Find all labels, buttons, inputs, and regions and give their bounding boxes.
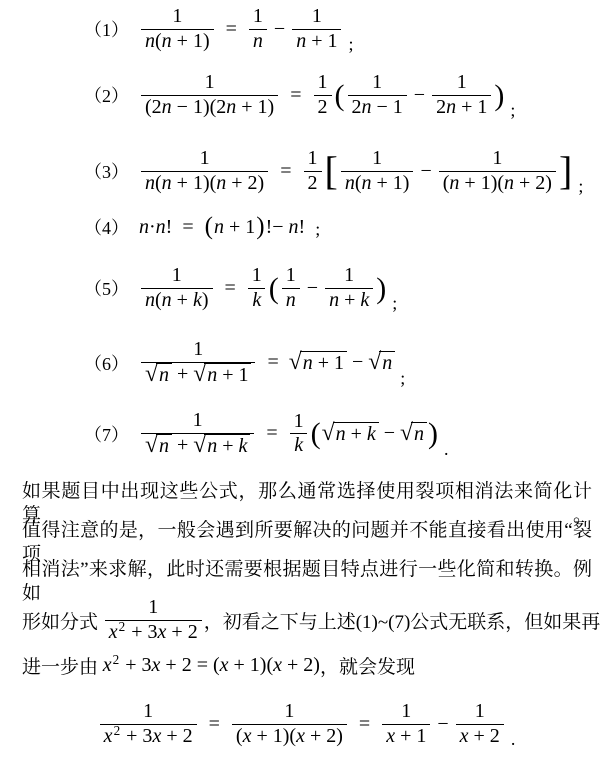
math-variable: n [362,96,372,120]
formula-5-math: 1n(n + k) = 1k(1n − 1n + k); [139,264,397,312]
math-text: + 2) [514,172,552,196]
fraction: 1x2 + 3x + 2 [105,596,202,644]
math-variable: k [252,289,261,313]
math-variable: n [303,352,313,375]
math-text: ( [443,172,450,196]
math-variable: n [289,216,299,239]
math-text: 1 [193,409,203,433]
math-text: + [172,289,193,313]
final-formula-math: 1x2 + 3x + 2 = 1(x + 1)(x + 2) = 1x + 1 … [98,700,516,748]
denominator: (2n − 1)(2n + 1) [141,95,278,120]
math-text: 2 [308,172,318,196]
math-text: = [215,277,246,300]
numerator: 1 [201,71,219,95]
formula-4-math: n·n! = (n + 1)!− n! ; [139,216,320,239]
math-text: ( [155,172,162,196]
big-delimiter: ) [256,216,264,239]
math-text: 1 [253,5,263,29]
math-text: + 1 [306,30,337,54]
math-text: 1 [143,700,153,724]
paragraph-line-4: 形如分式 1x2 + 3x + 2 ，初看之下与上述(1)~(7)公式无联系，但… [22,596,600,644]
denominator: 2n − 1 [348,95,407,120]
math-variable: n [253,30,263,54]
math-text: 1 [172,264,182,288]
math-text: + 1 [217,364,248,388]
math-text: + 1)( [229,654,274,677]
numerator: 1 [368,71,386,95]
formula-4: （4） n·n! = (n + 1)!− n! ; [84,214,320,240]
line5-inline-math: x2 + 3x + 2 = (x + 1)(x + 2) [103,654,320,677]
fraction: 1k [290,410,308,458]
math-text: 1 [318,71,328,95]
superscript: 2 [114,723,121,739]
fraction: 1(2n − 1)(2n + 1) [141,71,278,119]
math-text: + [217,435,238,459]
numerator: 1 [453,71,471,95]
formula-3: （3） 1n(n + 1)(n + 2) = 12[1n(n + 1) − 1(… [84,147,583,195]
punctuation: . [511,729,516,750]
math-text: − [415,160,436,183]
radicand: n + k [204,434,250,459]
numerator: 1 [189,338,207,362]
math-variable: n [162,96,172,120]
math-variable: n [159,435,169,459]
math-text: − [269,18,290,41]
math-text: + 1 [313,352,344,375]
big-delimiter: ( [311,420,321,447]
math-variable: n [449,172,459,196]
math-text: (2 [145,96,162,120]
radicand: n + k [333,422,379,446]
math-text: ( [236,725,243,749]
math-text: = [349,713,380,736]
math-text: 1 [252,264,262,288]
math-variable: x [386,725,395,749]
math-variable: n [446,96,456,120]
math-text: 1 [401,700,411,724]
numerator: 1 [139,700,157,724]
fraction: 1n + 1 [292,5,341,53]
math-variable: n [145,289,155,313]
fraction: 12n − 1 [348,71,407,119]
punctuation: ; [510,100,515,121]
math-variable: x [103,654,112,677]
math-text: + 2 [161,725,192,749]
math-variable: x [158,621,167,645]
square-root: √n [400,422,427,446]
math-variable: n [216,172,226,196]
denominator: x2 + 3x + 2 [105,620,202,645]
math-variable: x [109,621,118,645]
math-variable: k [193,289,202,313]
math-text: 1 [193,338,203,362]
radicand: n [411,422,427,446]
math-text: · [149,216,156,239]
formula-6: （6） 1√n + √n + 1 = √n + 1 − √n; [84,338,405,387]
denominator: (n + 1)(n + 2) [439,171,556,196]
math-text: ( [355,172,362,196]
math-text: − [347,351,368,374]
square-root: √n + 1 [289,351,347,375]
radicand: n [156,363,172,388]
math-variable: k [238,435,247,459]
formula-7-label: （7） [84,421,129,447]
formula-5: （5） 1n(n + k) = 1k(1n − 1n + k); [84,264,397,312]
math-variable: k [294,434,303,458]
numerator: 1 [168,264,186,288]
denominator: 2 [304,171,322,196]
math-variable: n [336,423,346,446]
math-text: 1 [294,410,304,434]
math-text: ) [202,289,209,313]
math-text: + 1 [224,216,255,239]
math-text: 1 [200,147,210,171]
math-text: + [339,289,360,313]
fraction: 1k [248,264,266,312]
numerator: 1 [189,409,207,433]
big-delimiter: ) [494,82,504,109]
numerator: 1 [248,264,266,288]
math-variable: n [414,423,424,446]
denominator: n(n + k) [141,288,213,313]
numerator: 1 [282,264,300,288]
math-variable: k [360,289,369,313]
formula-6-label: （6） [84,350,129,376]
math-variable: x [273,654,282,677]
fraction: 12 [314,71,332,119]
denominator: x2 + 3x + 2 [100,724,197,749]
final-formula-row: 1x2 + 3x + 2 = 1(x + 1)(x + 2) = 1x + 1 … [0,700,613,748]
formula-7-math: 1√n + √n + k = 1k(√n + k − √n). [139,409,449,458]
math-text: ! = [166,216,204,239]
math-text: 1 [312,5,322,29]
denominator: n [249,29,267,54]
math-text: 1 [148,596,158,620]
fraction: 1n(n + k) [141,264,213,312]
numerator: 1 [340,264,358,288]
math-text: + 2 [166,621,197,645]
formula-1-label: （1） [84,16,129,42]
denominator: n [282,288,300,313]
math-text: ! [299,216,311,239]
numerator: 1 [314,71,332,95]
big-delimiter: ( [269,275,279,302]
math-variable: n [162,30,172,54]
math-variable: x [152,725,161,749]
math-variable: n [162,172,172,196]
math-text: + 2) [305,725,343,749]
math-text: + [346,423,367,446]
math-text: + 2 = ( [160,654,219,677]
math-variable: x [460,725,469,749]
math-variable: n [207,435,217,459]
math-text: + 1) [236,96,274,120]
math-text: 1 [308,147,318,171]
denominator: n(n + 1) [141,29,214,54]
denominator: 2 [314,95,332,120]
math-text: + 1 [395,725,426,749]
denominator: n + 1 [292,29,341,54]
math-text: 1 [205,71,215,95]
punctuation: . [444,439,449,460]
math-text: = [256,422,287,445]
math-text: − [302,277,323,300]
math-text: 1 [284,700,294,724]
formula-6-math: 1√n + √n + 1 = √n + 1 − √n; [139,338,405,387]
math-variable: n [207,364,217,388]
math-text: 1 [492,147,502,171]
big-delimiter: ) [376,275,386,302]
math-text: = [199,713,230,736]
math-text: = [270,160,301,183]
superscript: 2 [119,619,126,635]
line5-suffix-text: ，就会发现 [320,652,415,679]
fraction: 1x2 + 3x + 2 [100,700,197,748]
fraction: 1√n + √n + 1 [141,338,255,387]
fraction: 1n(n + 1)(n + 2) [141,147,268,195]
formula-4-label: （4） [84,214,129,240]
denominator: k [248,288,265,313]
math-variable: x [104,725,113,749]
denominator: x + 2 [456,724,504,749]
denominator: √n + √n + k [141,433,254,459]
denominator: √n + √n + 1 [141,362,255,388]
fraction: 1x + 1 [382,700,430,748]
fraction: 1√n + √n + k [141,409,254,458]
math-text: !− [266,216,289,239]
numerator: 1 [290,410,308,434]
punctuation: ; [400,368,405,389]
math-variable: k [367,423,376,446]
math-text: + 1)( [172,172,217,196]
math-variable: n [145,30,155,54]
math-text: ( [155,289,162,313]
fraction: 12n + 1 [432,71,491,119]
fraction: 1n [249,5,267,53]
punctuation: ; [392,293,397,314]
numerator: 1 [168,5,186,29]
math-variable: n [162,289,172,313]
numerator: 1 [280,700,298,724]
math-variable: x [296,725,305,749]
numerator: 1 [397,700,415,724]
math-text: + [172,434,193,458]
radicand: n [156,434,172,459]
math-text: + 3 [126,621,157,645]
math-text: + 1)( [459,172,504,196]
math-variable: n [345,172,355,196]
fraction: 1n(n + 1) [141,5,214,53]
math-text: 1 [475,700,485,724]
fraction: 1x + 2 [456,700,504,748]
math-variable: n [159,364,169,388]
math-text: + 2) [282,654,320,677]
math-text: + 2) [226,172,264,196]
math-text: 2 [352,96,362,120]
math-variable: n [362,172,372,196]
math-text: 1 [372,147,382,171]
formula-7: （7） 1√n + √n + k = 1k(√n + k − √n). [84,409,449,458]
numerator: 1 [196,147,214,171]
punctuation: ; [348,34,353,55]
math-text: 1 [457,71,467,95]
numerator: 1 [471,700,489,724]
formula-1: （1） 1n(n + 1) = 1n − 1n + 1; [84,5,353,53]
denominator: n(n + 1)(n + 2) [141,171,268,196]
math-text: − [432,713,453,736]
numerator: 1 [488,147,506,171]
math-variable: n [156,216,166,239]
formula-2-label: （2） [84,82,129,108]
math-variable: x [243,725,252,749]
math-text: − 1 [372,96,403,120]
line4-inline-fraction: 1x2 + 3x + 2 [103,596,204,644]
square-root: √n [145,434,172,459]
math-text: + [172,363,193,387]
fraction: 1n + k [325,264,373,312]
math-text: + 1) [172,30,210,54]
formula-3-label: （3） [84,158,129,184]
square-root: √n + k [322,422,379,446]
math-text: 1 [372,71,382,95]
formula-5-label: （5） [84,275,129,301]
math-text: = [280,84,311,107]
math-variable: n [504,172,514,196]
fraction: 1n(n + 1) [341,147,414,195]
big-delimiter: ] [559,153,572,189]
math-variable: n [329,289,339,313]
numerator: 1 [368,147,386,171]
fraction: 12 [304,147,322,195]
math-text: + 2 [469,725,500,749]
math-text: + 3 [121,725,152,749]
big-delimiter: [ [325,153,338,189]
line4-prefix-text: 形如分式 [22,607,103,634]
math-variable: n [286,289,296,313]
document-page: （1） 1n(n + 1) = 1n − 1n + 1; （2） 1(2n − … [0,0,613,771]
math-text: 2 [318,96,328,120]
radicand: n [379,351,395,375]
numerator: 1 [304,147,322,171]
math-variable: n [145,172,155,196]
math-text: ( [155,30,162,54]
fraction: 1n [282,264,300,312]
denominator: (x + 1)(x + 2) [232,724,347,749]
radicand: n + 1 [204,363,251,388]
math-text: − [409,84,430,107]
denominator: n(n + 1) [341,171,414,196]
formula-3-math: 1n(n + 1)(n + 2) = 12[1n(n + 1) − 1(n + … [139,147,583,195]
denominator: k [290,433,307,458]
big-delimiter: ) [428,420,438,447]
math-text: + 3 [120,654,151,677]
math-text: 1 [286,264,296,288]
math-variable: x [152,654,161,677]
fraction: 1(n + 1)(n + 2) [439,147,556,195]
math-text: + 1 [456,96,487,120]
math-variable: x [220,654,229,677]
math-variable: n [296,30,306,54]
formula-2: （2） 1(2n − 1)(2n + 1) = 12(12n − 1 − 12n… [84,71,515,119]
superscript: 2 [113,652,120,667]
line4-suffix-text: ，初看之下与上述(1)~(7)公式无联系，但如果再 [204,607,601,634]
formula-1-math: 1n(n + 1) = 1n − 1n + 1; [139,5,353,53]
square-root: √n + 1 [193,363,251,388]
square-root: √n [145,363,172,388]
math-text: 2 [436,96,446,120]
numerator: 1 [249,5,267,29]
math-variable: n [226,96,236,120]
math-text: 1 [344,264,354,288]
math-text: = [216,18,247,41]
math-variable: n [214,216,224,239]
punctuation: ; [315,219,320,240]
punctuation: ; [578,176,583,197]
math-text: + 1)( [251,725,296,749]
numerator: 1 [144,596,162,620]
math-text: − [379,422,400,445]
math-text: + 1) [372,172,410,196]
line5-prefix-text: 进一步由 [22,652,103,679]
math-variable: n [382,352,392,375]
square-root: √n + k [193,434,250,459]
math-text: = [257,351,288,374]
math-text: 1 [172,5,182,29]
big-delimiter: ( [335,82,345,109]
square-root: √n [368,351,395,375]
denominator: x + 1 [382,724,430,749]
radicand: n + 1 [300,351,347,375]
denominator: n + k [325,288,373,313]
big-delimiter: ( [205,216,213,239]
fraction: 1(x + 1)(x + 2) [232,700,347,748]
math-variable: n [139,216,149,239]
denominator: 2n + 1 [432,95,491,120]
numerator: 1 [308,5,326,29]
paragraph-line-5: 进一步由 x2 + 3x + 2 = (x + 1)(x + 2) ，就会发现 [22,652,415,679]
math-text: − 1)(2 [172,96,227,120]
formula-2-math: 1(2n − 1)(2n + 1) = 12(12n − 1 − 12n + 1… [139,71,515,119]
